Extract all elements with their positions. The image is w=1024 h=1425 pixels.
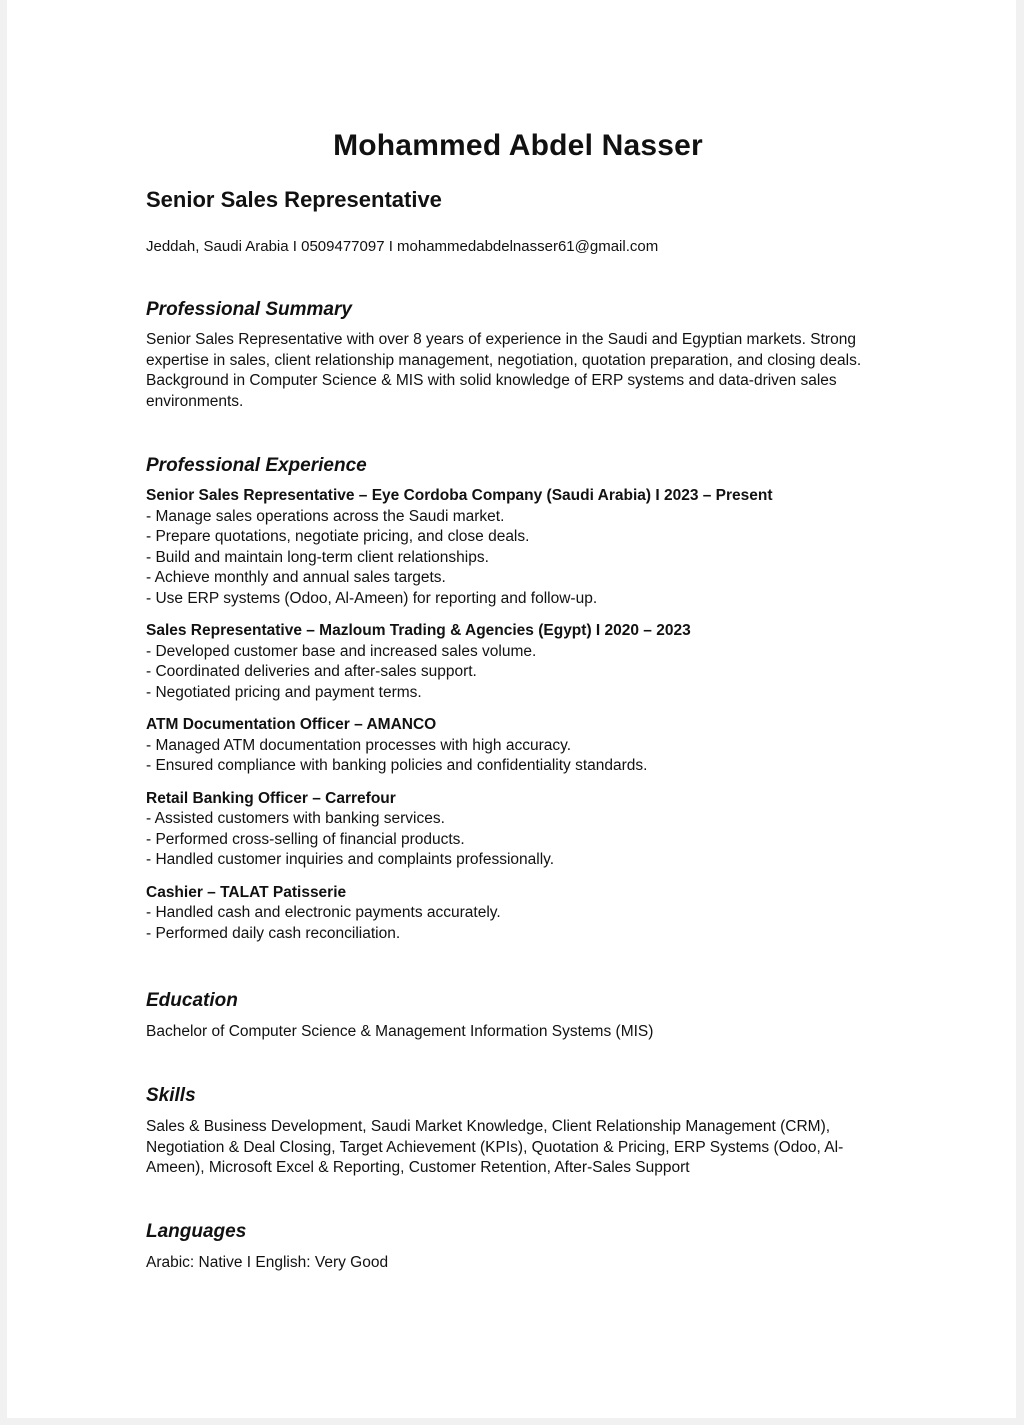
experience-section: Professional Experience Senior Sales Rep… [146, 454, 906, 944]
job-bullet: - Handled cash and electronic payments a… [146, 903, 906, 924]
education-heading: Education [146, 989, 906, 1013]
resume-page: Mohammed Abdel Nasser Senior Sales Repre… [7, 0, 1016, 1418]
job-bullet: - Manage sales operations across the Sau… [146, 507, 906, 528]
job-bullet: - Coordinated deliveries and after-sales… [146, 662, 906, 683]
job-bullets: - Managed ATM documentation processes wi… [146, 736, 906, 777]
summary-text: Senior Sales Representative with over 8 … [146, 330, 891, 412]
job-entry: Retail Banking Officer – Carrefour - Ass… [146, 789, 906, 871]
job-bullet: - Performed daily cash reconciliation. [146, 924, 906, 945]
job-bullets: - Assisted customers with banking servic… [146, 809, 906, 871]
summary-heading: Professional Summary [146, 298, 906, 322]
job-entry: Senior Sales Representative – Eye Cordob… [146, 486, 906, 609]
candidate-name: Mohammed Abdel Nasser [146, 127, 890, 165]
job-bullet: - Achieve monthly and annual sales targe… [146, 568, 906, 589]
job-header: ATM Documentation Officer – AMANCO [146, 715, 906, 736]
job-bullets: - Developed customer base and increased … [146, 642, 906, 704]
education-text: Bachelor of Computer Science & Managemen… [146, 1022, 906, 1043]
job-bullet: - Prepare quotations, negotiate pricing,… [146, 527, 906, 548]
job-bullets: - Manage sales operations across the Sau… [146, 507, 906, 610]
candidate-title: Senior Sales Representative [146, 186, 442, 214]
job-header: Sales Representative – Mazloum Trading &… [146, 621, 906, 642]
job-header: Retail Banking Officer – Carrefour [146, 789, 906, 810]
job-bullet: - Assisted customers with banking servic… [146, 809, 906, 830]
job-bullet: - Ensured compliance with banking polici… [146, 756, 906, 777]
job-bullet: - Managed ATM documentation processes wi… [146, 736, 906, 757]
skills-text: Sales & Business Development, Saudi Mark… [146, 1117, 896, 1179]
contact-line: Jeddah, Saudi Arabia I 0509477097 I moha… [146, 237, 658, 257]
languages-section: Languages Arabic: Native I English: Very… [146, 1220, 906, 1274]
job-bullet: - Performed cross-selling of financial p… [146, 830, 906, 851]
job-header: Cashier – TALAT Patisserie [146, 883, 906, 904]
education-section: Education Bachelor of Computer Science &… [146, 989, 906, 1043]
job-entry: ATM Documentation Officer – AMANCO - Man… [146, 715, 906, 777]
job-bullet: - Build and maintain long-term client re… [146, 548, 906, 569]
skills-heading: Skills [146, 1084, 906, 1108]
languages-heading: Languages [146, 1220, 906, 1244]
job-bullet: - Handled customer inquiries and complai… [146, 850, 906, 871]
job-entry: Cashier – TALAT Patisserie - Handled cas… [146, 883, 906, 945]
job-bullet: - Negotiated pricing and payment terms. [146, 683, 906, 704]
job-header: Senior Sales Representative – Eye Cordob… [146, 486, 906, 507]
experience-heading: Professional Experience [146, 454, 906, 478]
summary-section: Professional Summary Senior Sales Repres… [146, 298, 906, 412]
skills-section: Skills Sales & Business Development, Sau… [146, 1084, 906, 1179]
job-bullet: - Developed customer base and increased … [146, 642, 906, 663]
job-bullets: - Handled cash and electronic payments a… [146, 903, 906, 944]
job-bullet: - Use ERP systems (Odoo, Al-Ameen) for r… [146, 589, 906, 610]
languages-text: Arabic: Native I English: Very Good [146, 1253, 906, 1274]
job-entry: Sales Representative – Mazloum Trading &… [146, 621, 906, 703]
